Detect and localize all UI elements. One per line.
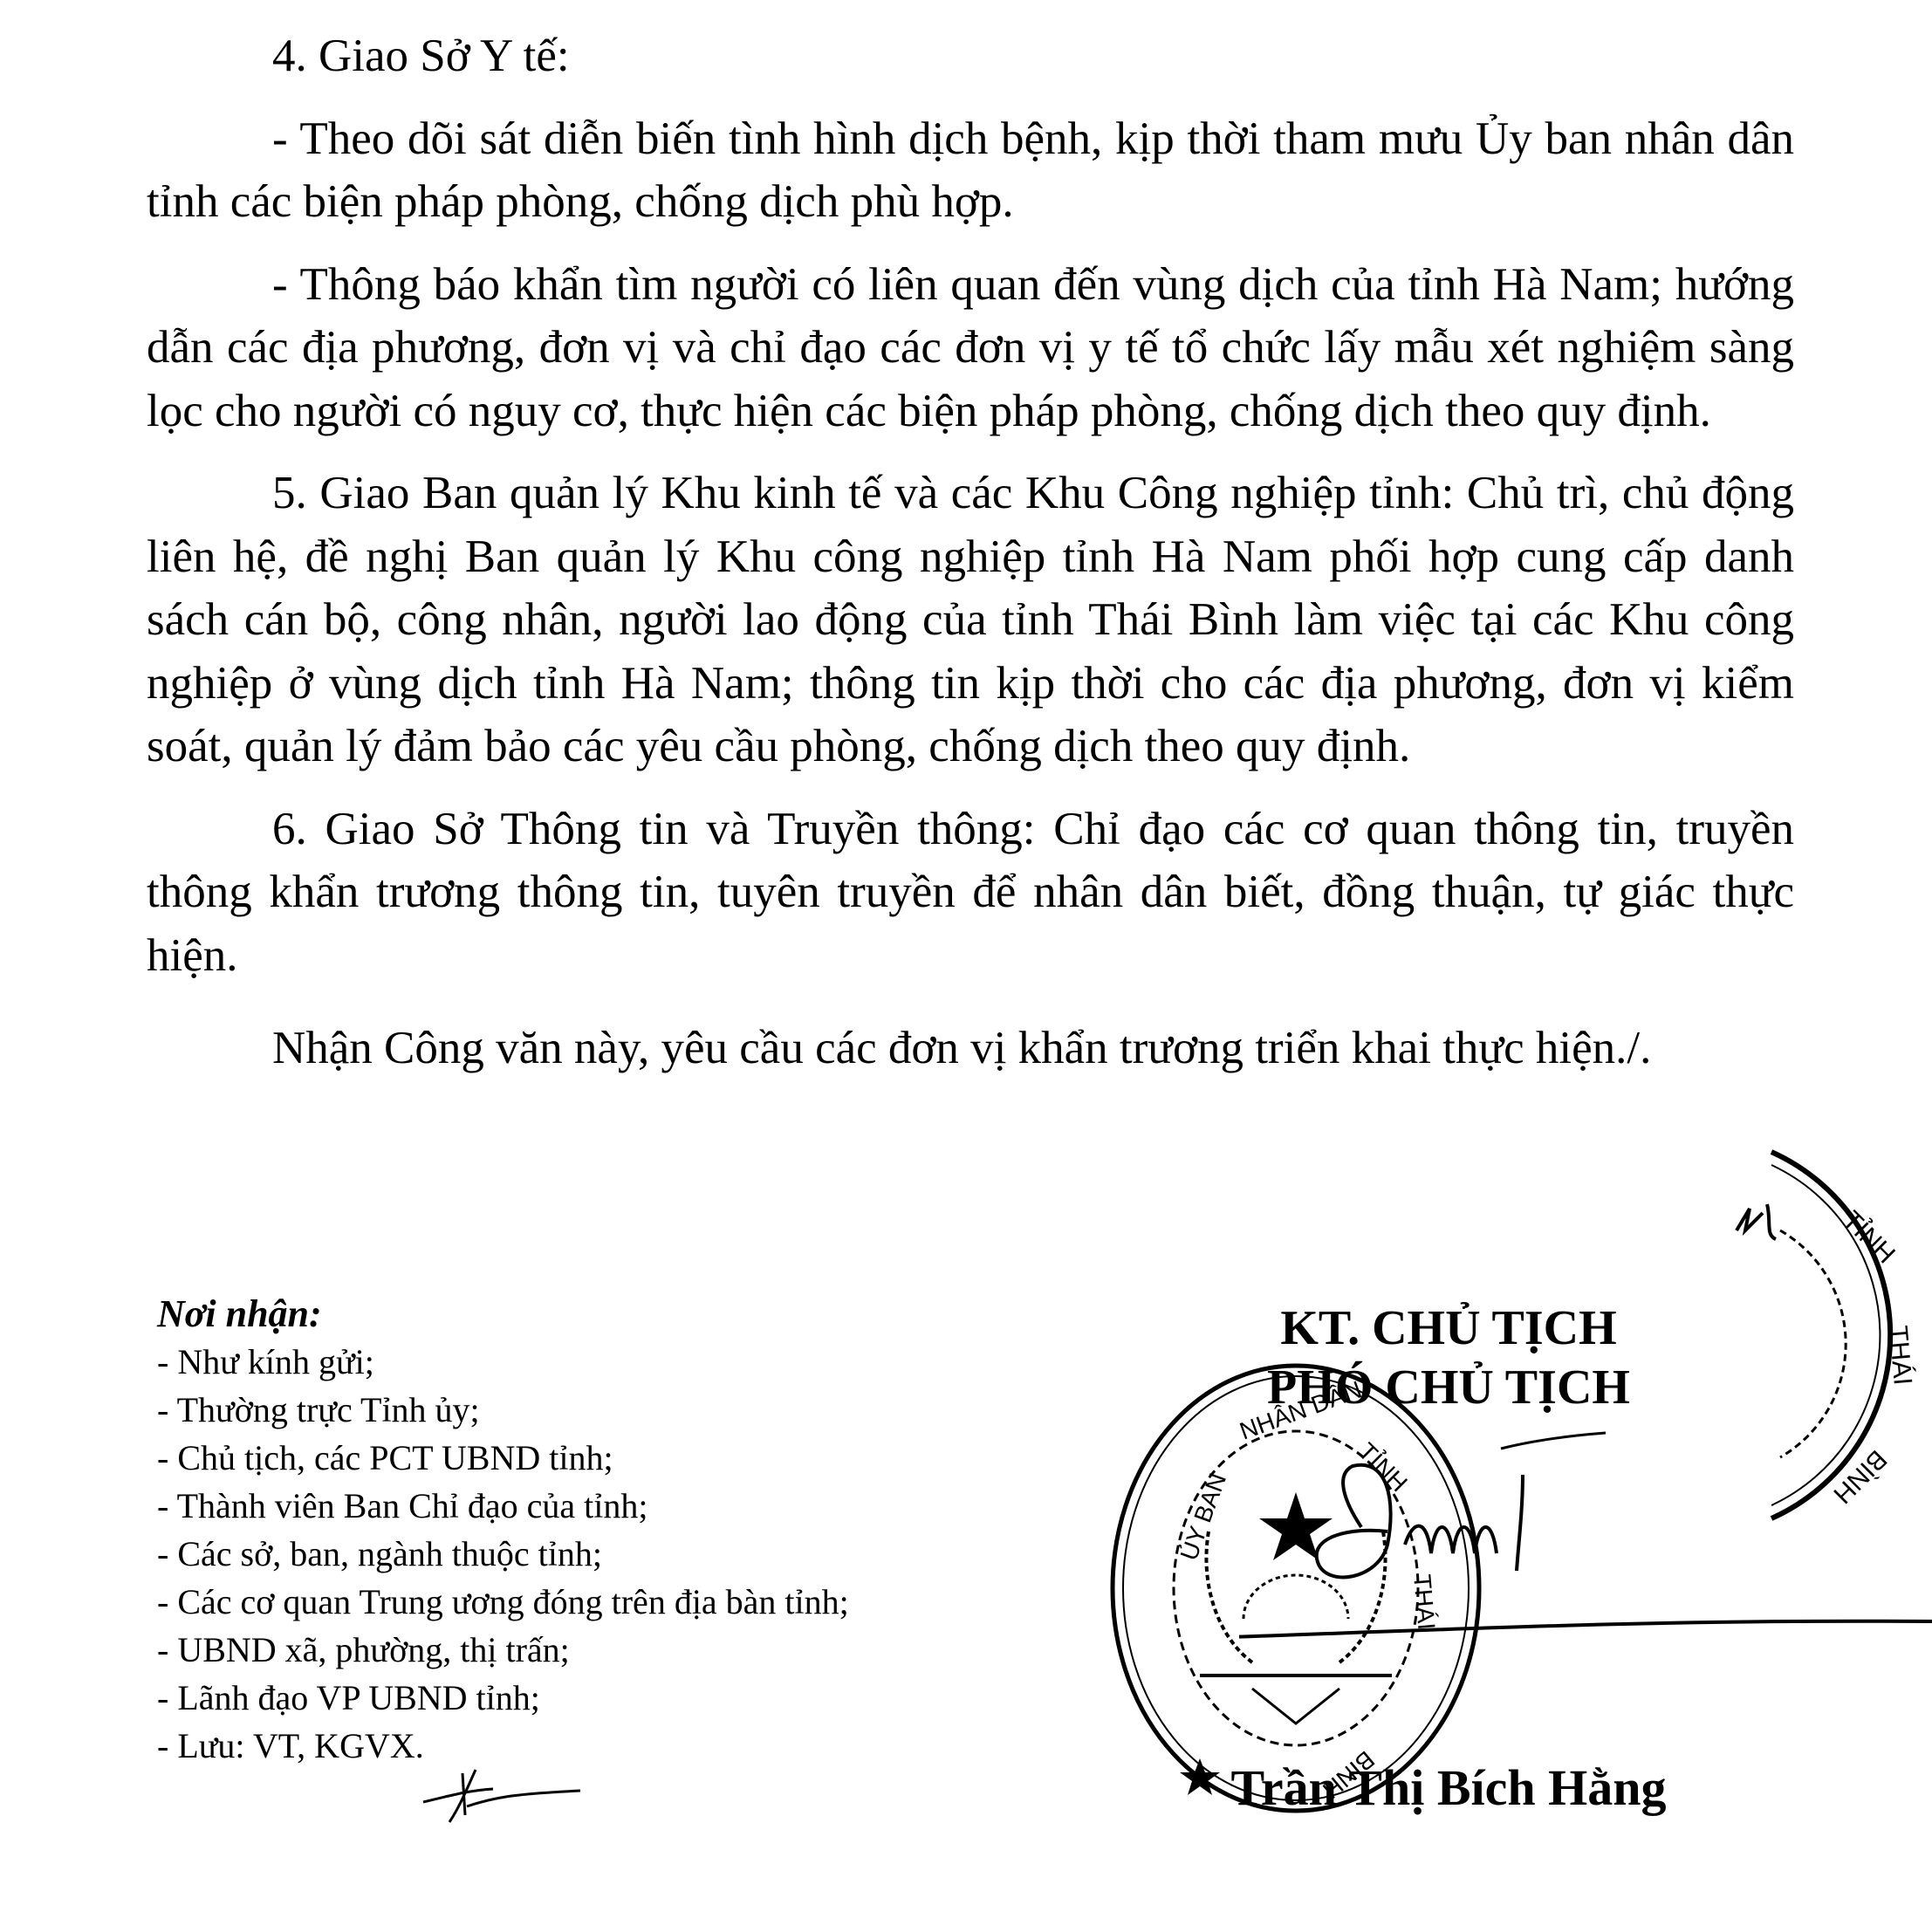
signature-title-block: KT. CHỦ TỊCH PHÓ CHỦ TỊCH [1161,1299,1737,1417]
recipient-item: - Chủ tịch, các PCT UBND tỉnh; [157,1434,942,1482]
handwritten-signature-icon [1239,1422,1932,1684]
svg-text:ỦY BAN: ỦY BAN [1175,1470,1232,1564]
item5-paragraph: 5. Giao Ban quản lý Khu kinh tế và các K… [147,462,1794,778]
recipient-item: - Các cơ quan Trung ương đóng trên địa b… [157,1578,942,1626]
signer-name: Trần Thị Bích Hằng [1161,1758,1737,1817]
document-page: 4. Giao Sở Y tế: - Theo dõi sát diễn biế… [0,0,1932,1905]
recipients-heading: Nơi nhận: [157,1290,942,1338]
recipients-list: - Như kính gửi; - Thường trực Tỉnh ủy; -… [157,1338,942,1770]
recipient-item: - Các sở, ban, ngành thuộc tỉnh; [157,1530,942,1578]
closing-paragraph: Nhận Công văn này, yêu cầu các đơn vị kh… [147,1017,1794,1080]
recipient-item: - Như kính gửi; [157,1338,942,1386]
signature-title-line2: PHÓ CHỦ TỊCH [1161,1358,1737,1417]
item4-heading: 4. Giao Sở Y tế: [147,24,1794,88]
recipients-block: Nơi nhận: - Như kính gửi; - Thường trực … [157,1290,942,1770]
recipient-item: - Thành viên Ban Chỉ đạo của tỉnh; [157,1482,942,1530]
svg-text:THÁI: THÁI [1883,1325,1917,1387]
signature-title-line1: KT. CHỦ TỊCH [1161,1299,1737,1358]
item6-paragraph: 6. Giao Sở Thông tin và Truyền thông: Ch… [147,798,1794,988]
svg-text:TỈNH: TỈNH [1837,1205,1901,1270]
recipient-item: - UBND xã, phường, thị trấn; [157,1626,942,1674]
item4-bullet1: - Theo dõi sát diễn biến tình hình dịch … [147,107,1794,234]
handwritten-mark-icon [1732,1196,1802,1257]
recipient-item: - Lãnh đạo VP UBND tỉnh; [157,1674,942,1722]
item4-bullet2: - Thông báo khẩn tìm người có liên quan … [147,253,1794,443]
initials-signature-icon [414,1763,589,1833]
recipient-item: - Thường trực Tỉnh ủy; [157,1386,942,1434]
document-body: 4. Giao Sở Y tế: - Theo dõi sát diễn biế… [147,24,1794,1080]
